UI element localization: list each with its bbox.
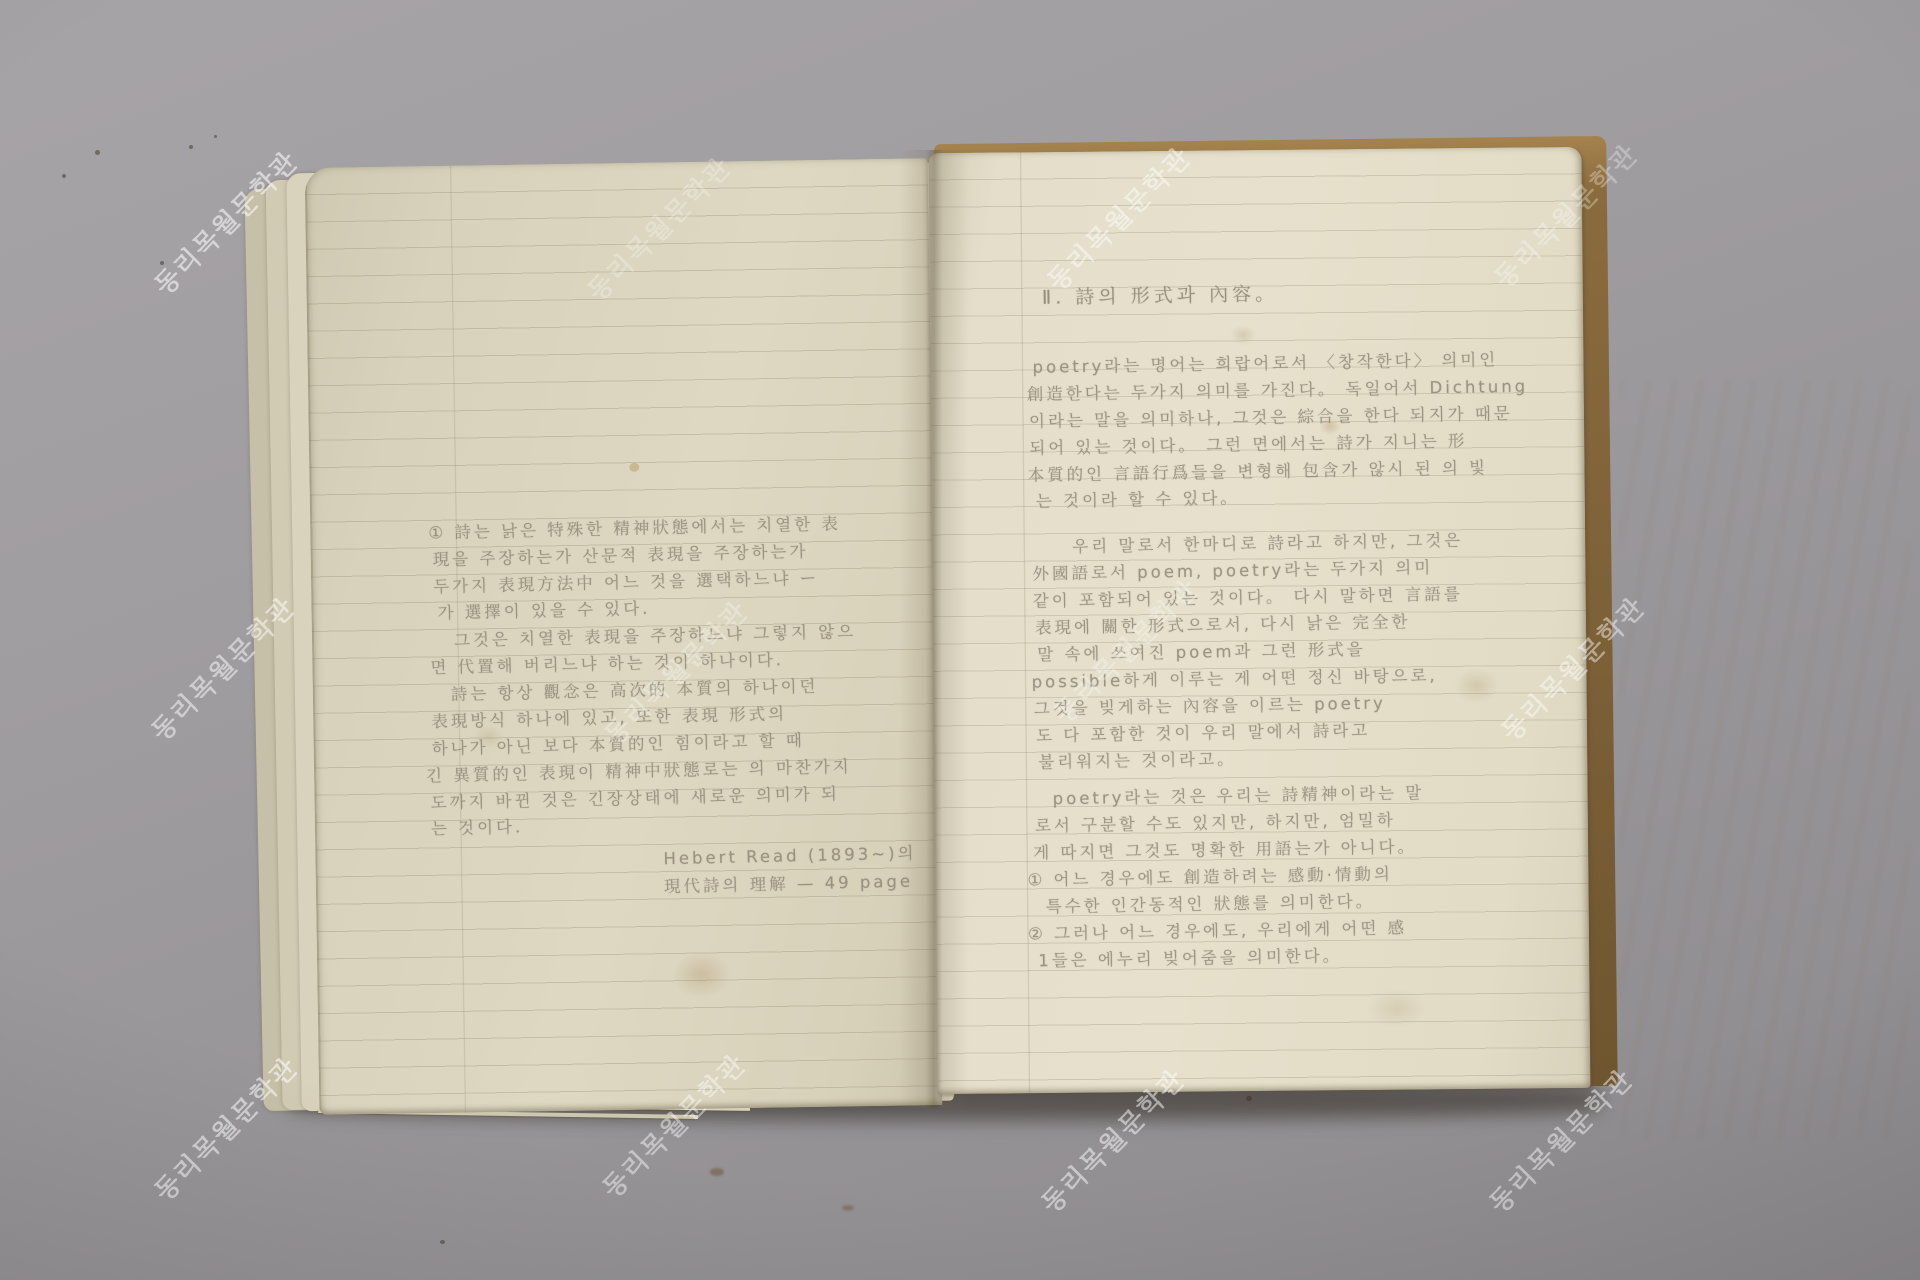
handwritten-line: 게 따지면 그것도 명확한 用語는가 아니다。 bbox=[1033, 833, 1417, 863]
handwritten-line: 특수한 인간동적인 狀態를 의미한다。 bbox=[1046, 888, 1376, 917]
attribution-line: Hebert Read (1893~)의 bbox=[663, 840, 917, 870]
dust-speck bbox=[160, 261, 164, 265]
handwritten-line: 되어 있는 것이다。 그런 면에서는 詩가 지니는 形 bbox=[1029, 427, 1468, 458]
handwritten-line: 도 다 포함한 것이 우리 말에서 詩라고 bbox=[1036, 717, 1370, 747]
page-stain bbox=[1453, 668, 1499, 704]
attribution-line: 現代詩의 理解 — 49 page bbox=[664, 868, 914, 898]
handwritten-line: 우리 말로서 한마디로 詩라고 하지만, 그것은 bbox=[1072, 527, 1463, 557]
handwritten-line: ② 그러나 어느 경우에도, 우리에게 어떤 感 bbox=[1028, 914, 1407, 944]
stain-speck bbox=[710, 1168, 724, 1176]
dust-speck bbox=[214, 135, 217, 138]
photograph-of-notebook: ① 詩는 낡은 特殊한 精神狀態에서는 치열한 表 現을 주장하는가 산문적 表… bbox=[0, 0, 1920, 1280]
left-page: ① 詩는 낡은 特殊한 精神狀態에서는 치열한 表 現을 주장하는가 산문적 表… bbox=[305, 158, 943, 1115]
page-stain bbox=[672, 951, 731, 998]
right-page: Ⅱ. 詩의 形式과 內容。 poetry라는 명어는 희랍어로서 〈창작한다〉 … bbox=[928, 147, 1590, 1094]
page-stain bbox=[1230, 325, 1256, 345]
handwritten-line: 말 속에 쓰여진 poem과 그런 形式을 bbox=[1037, 636, 1366, 665]
handwritten-line: 불리워지는 것이라고。 bbox=[1038, 746, 1237, 773]
handwritten-line: 는 것이라 할 수 있다。 bbox=[1036, 484, 1240, 511]
handwritten-line: 1들은 에누리 빚어줌을 의미한다。 bbox=[1038, 942, 1342, 971]
handwritten-line: 도까지 바뀐 것은 긴장상태에 새로운 의미가 되 bbox=[430, 780, 840, 813]
handwritten-line: poetry라는 것은 우리는 詩精神이라는 말 bbox=[1052, 779, 1424, 809]
dust-speck bbox=[440, 1240, 445, 1244]
handwritten-line: possible하게 이루는 게 어떤 정신 바탕으로, bbox=[1031, 662, 1438, 693]
page-stain bbox=[629, 463, 639, 472]
handwritten-line: poetry라는 명어는 희랍어로서 〈창작한다〉 의미인 bbox=[1032, 346, 1498, 378]
stain-speck bbox=[842, 1205, 854, 1211]
handwritten-line: 外國語로서 poem, poetry라는 두가지 의미 bbox=[1032, 554, 1433, 585]
dust-speck bbox=[62, 174, 66, 178]
page-title-line: Ⅱ. 詩의 形式과 內容。 bbox=[1042, 279, 1279, 310]
handwritten-line: ① 어느 경우에도 創造하려는 感動·情動의 bbox=[1027, 860, 1393, 890]
dust-speck bbox=[95, 150, 100, 155]
page-stain bbox=[1367, 988, 1427, 1029]
handwritten-line: 表現에 關한 形式으로서, 다시 낡은 完全한 bbox=[1035, 608, 1411, 638]
handwritten-line: 두가지 表現方法中 어느 것을 選택하느냐 ー bbox=[433, 565, 820, 598]
handwritten-line: 같이 포함되어 있는 것이다。 다시 말하면 言語를 bbox=[1033, 581, 1463, 612]
dust-speck bbox=[189, 145, 193, 149]
handwritten-line: 로서 구분할 수도 있지만, 하지만, 엄밀하 bbox=[1035, 806, 1396, 836]
book-gutter-shadow bbox=[899, 150, 969, 1108]
handwritten-line: 가 選擇이 있을 수 있다. bbox=[437, 595, 650, 624]
handwritten-line: 면 代置해 버리느냐 하는 것이 하나이다. bbox=[430, 646, 784, 678]
handwritten-line: 그것은 치열한 表現을 주장하느냐 그렇지 않으 bbox=[454, 618, 857, 651]
handwritten-line: 本質的인 言語行爲들을 변형해 包含가 않시 된 의 빛 bbox=[1027, 454, 1488, 486]
surface-streaks bbox=[1620, 380, 1910, 1140]
handwritten-line: 는 것이다. bbox=[431, 813, 524, 839]
handwritten-line: 그것을 빚게하는 內容을 이르는 poetry bbox=[1034, 690, 1386, 720]
